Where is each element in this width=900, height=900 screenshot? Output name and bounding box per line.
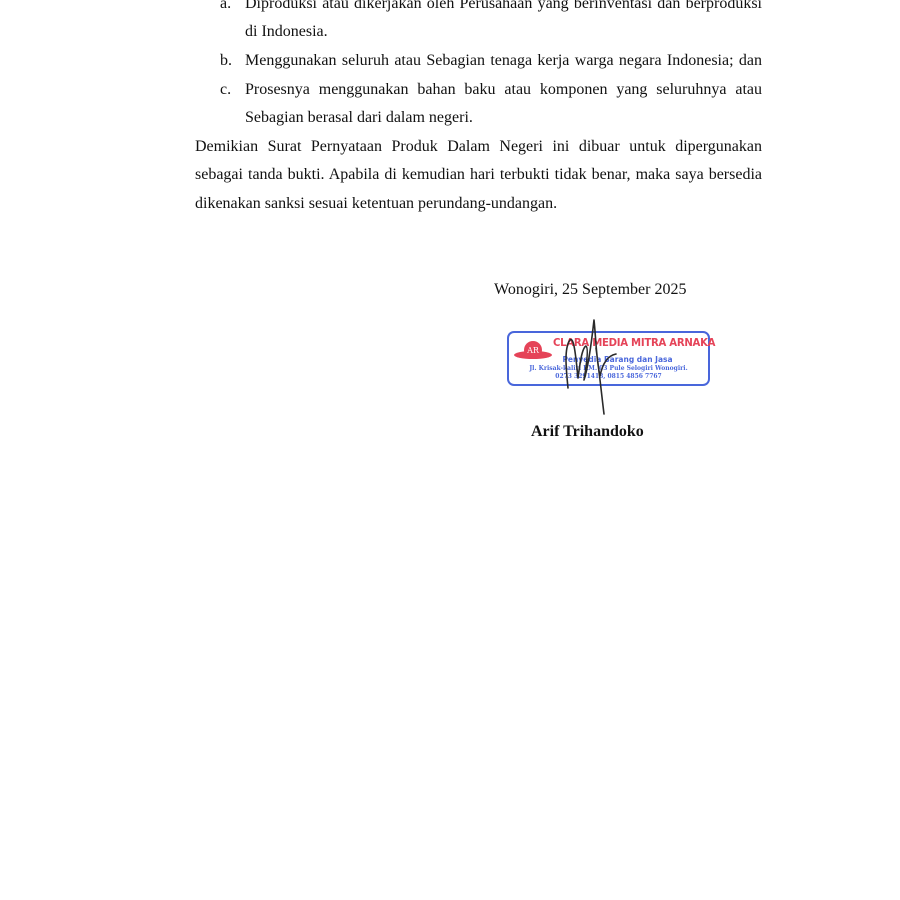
list-item-c-line-1: Prosesnya menggunakan bahan baku atau ko… — [245, 80, 762, 100]
list-item-b-line-1: Menggunakan seluruh atau Sebagian tenaga… — [245, 51, 762, 71]
logo-text: AR — [526, 346, 540, 355]
closing-paragraph-line-2: sebagai tanda bukti. Apabila di kemudian… — [195, 165, 762, 185]
list-item-c-line-2: Sebagian berasal dari dalam negeri. — [245, 108, 762, 128]
document-page: a. Diproduksi atau dikerjakan oleh Perus… — [0, 0, 900, 900]
list-marker-b: b. — [220, 51, 232, 71]
list-marker-c: c. — [220, 80, 231, 100]
list-item-a-line-2: di Indonesia. — [245, 22, 762, 42]
list-marker-a: a. — [220, 0, 231, 14]
list-item-a-line-1: Diproduksi atau dikerjakan oleh Perusaha… — [245, 0, 762, 14]
signer-name: Arif Trihandoko — [531, 422, 644, 442]
handwritten-signature — [556, 318, 626, 418]
place-date: Wonogiri, 25 September 2025 — [494, 280, 686, 300]
closing-paragraph-line-3: dikenakan sanksi sesuai ketentuan perund… — [195, 194, 557, 214]
closing-paragraph-line-1: Demikian Surat Pernyataan Produk Dalam N… — [195, 137, 762, 157]
